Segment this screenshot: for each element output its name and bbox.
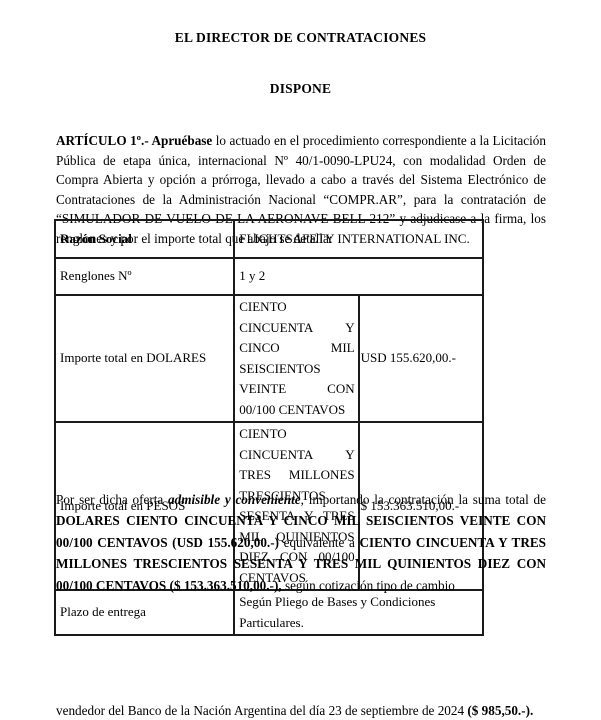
row-label-razon-social: Razón Social	[55, 220, 234, 258]
row-amount-usd: USD 155.620,00.-	[359, 295, 483, 422]
closing-part3: equivalente a	[279, 535, 359, 550]
usd-amount-text: USD 155.620,00.-	[361, 348, 456, 369]
row-label-importe-dolares: Importe total en DOLARES	[55, 295, 234, 422]
table-row-renglones: Renglones Nº 1 y 2	[55, 258, 483, 295]
table-row-plazo-entrega: Plazo de entrega Según Pliego de Bases y…	[55, 590, 483, 635]
closing-part4: según cotización tipo de cambio	[282, 578, 455, 593]
footer-amount: ($ 985,50.-).	[467, 703, 533, 718]
row-value-renglones: 1 y 2	[234, 258, 483, 295]
document-title: EL DIRECTOR DE CONTRATACIONES	[0, 30, 601, 46]
article-1-lead: ARTÍCULO 1º.- Apruébase	[56, 133, 212, 148]
closing-part1: Por ser dicha oferta	[56, 492, 168, 507]
row-value-importe-dolares: CIENTO CINCUENTA Y CINCO MIL SEISCIENTOS…	[234, 295, 358, 422]
closing-part2: , importando la contratación la suma tot…	[301, 492, 546, 507]
document-page: EL DIRECTOR DE CONTRATACIONES DISPONE AR…	[0, 0, 601, 720]
table-row-importe-dolares: Importe total en DOLARES CIENTO CINCUENT…	[55, 295, 483, 422]
footer-continuation-line: vendedor del Banco de la Nación Argentin…	[56, 702, 596, 720]
row-value-razon-social: FLIGHTSAFETY INTERNATIONAL INC.	[234, 220, 483, 258]
row-label-plazo-entrega: Plazo de entrega	[55, 590, 234, 635]
row-label-renglones: Renglones Nº	[55, 258, 234, 295]
row-value-plazo-entrega: Según Pliego de Bases y Condiciones Part…	[234, 590, 483, 635]
table-row-razon-social: Razón Social FLIGHTSAFETY INTERNATIONAL …	[55, 220, 483, 258]
closing-paragraph: Por ser dicha oferta admisible y conveni…	[56, 489, 546, 596]
dispone-heading: DISPONE	[0, 81, 601, 97]
footer-text: vendedor del Banco de la Nación Argentin…	[56, 703, 467, 718]
closing-emphasis: admisible y conveniente	[168, 492, 301, 507]
